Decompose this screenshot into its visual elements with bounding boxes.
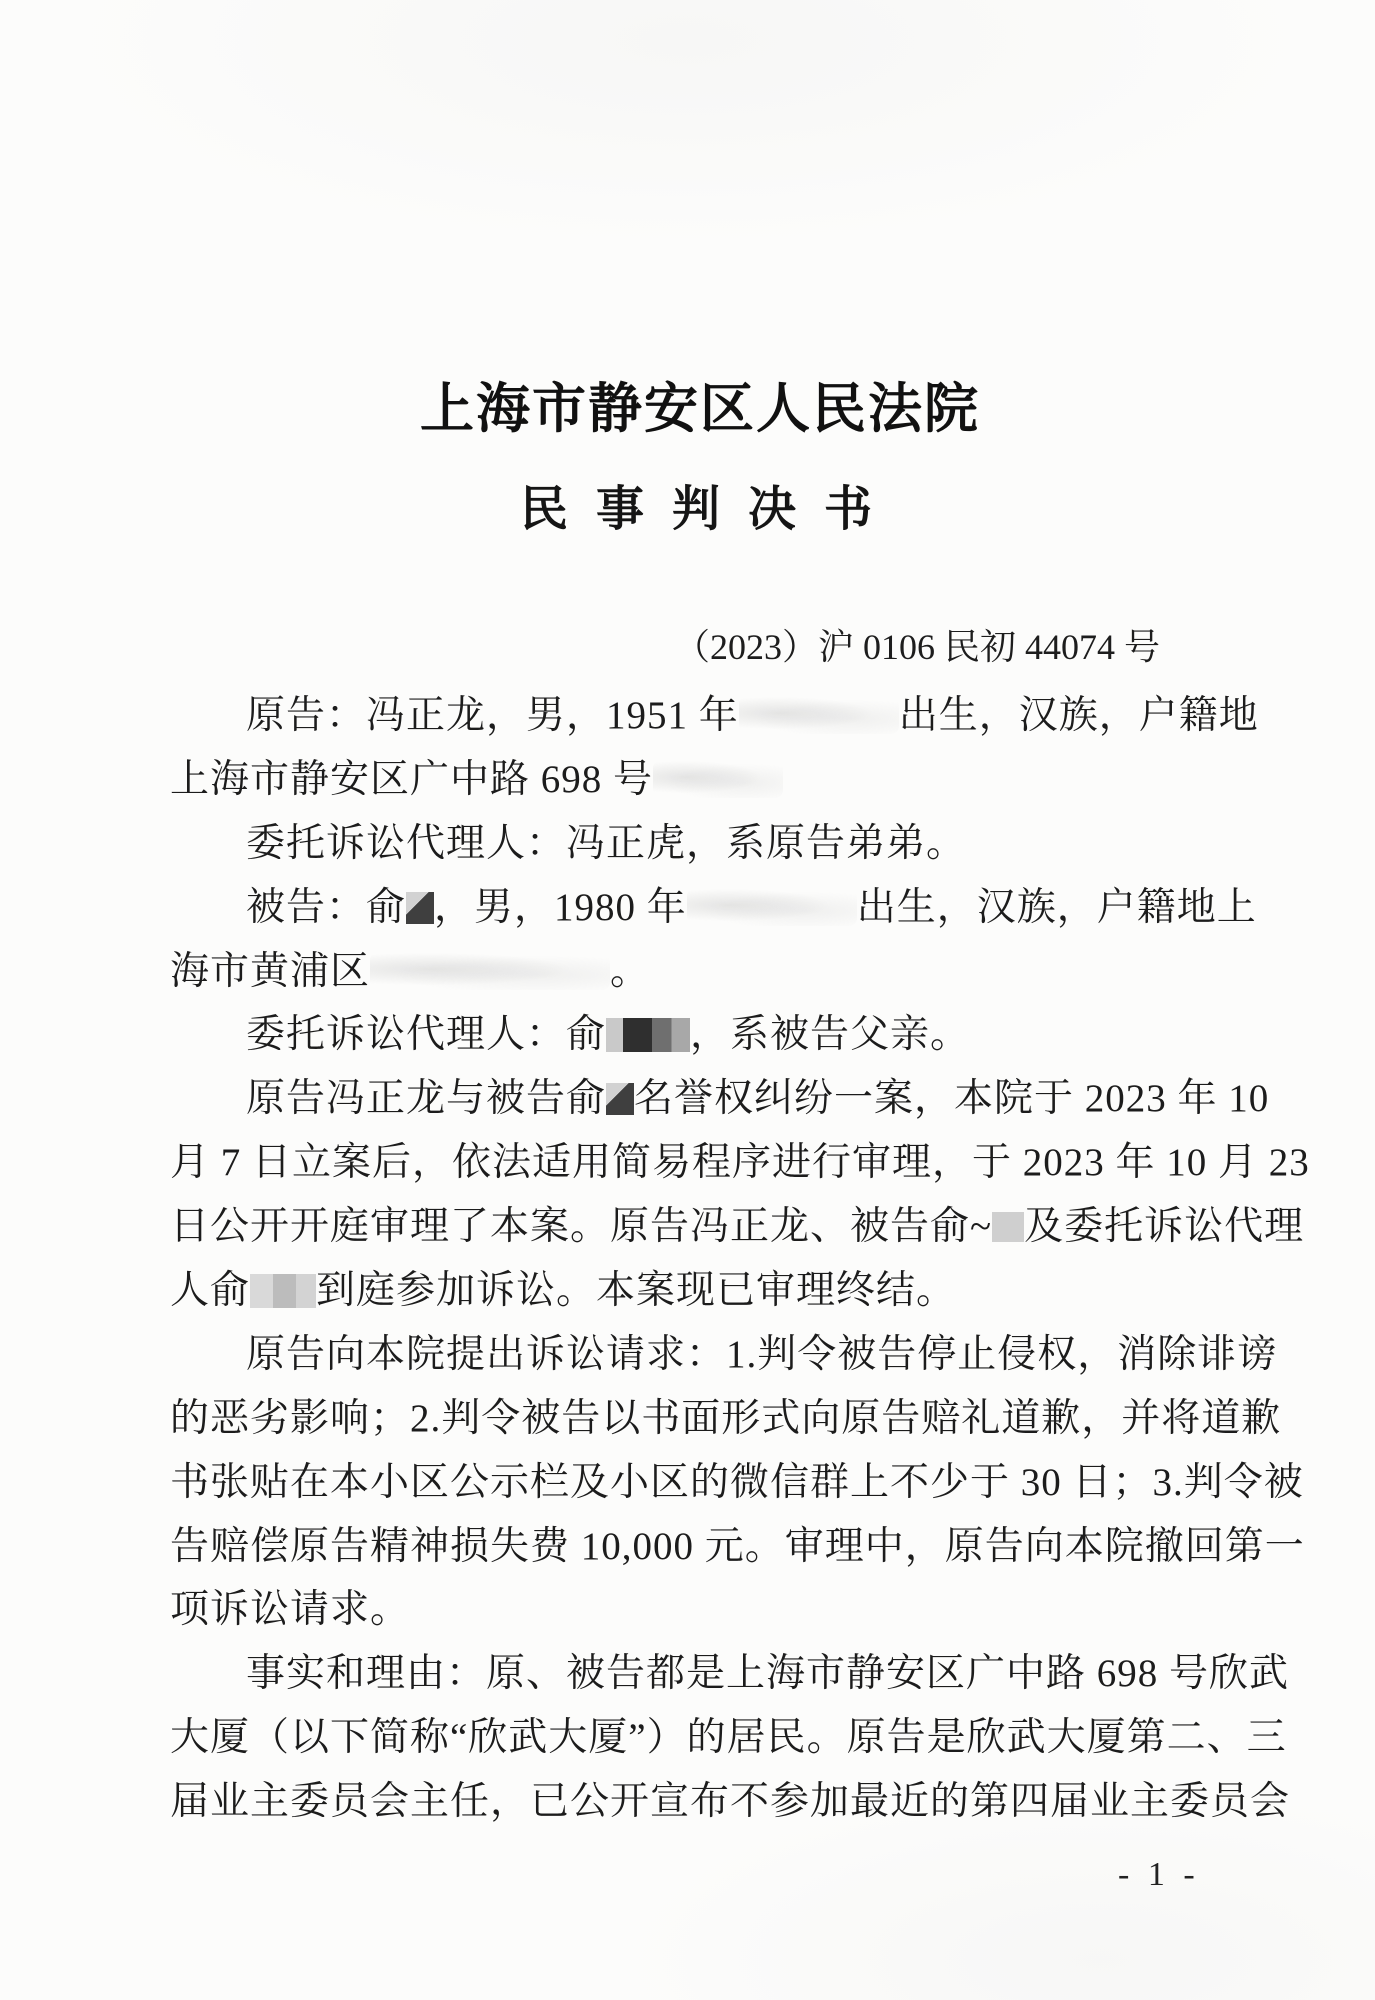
text-segment: 上海市静安区广中路 698 号 bbox=[170, 758, 653, 801]
court-name-title: 上海市静安区人民法院 bbox=[0, 380, 1375, 438]
document-type-title: 民 事 判 决 书 bbox=[0, 483, 1375, 537]
document-line: 告赔偿原告精神损失费 10,000 元。审理中，原告向本院撤回第一 bbox=[170, 1515, 1255, 1579]
text-segment: 告赔偿原告精神损失费 10,000 元。审理中，原告向本院撤回第一 bbox=[170, 1525, 1305, 1568]
page-number: - 1 - bbox=[1118, 1856, 1200, 1894]
text-segment: 海市黄浦区 bbox=[170, 950, 370, 993]
case-number: （2023）沪 0106 民初 44074 号 bbox=[170, 624, 1160, 670]
redaction-dark-mark bbox=[606, 1083, 634, 1115]
text-segment: 出生，汉族，户籍地 bbox=[899, 694, 1259, 737]
document-line: 被告：俞，男，1980 年出生，汉族，户籍地上 bbox=[170, 876, 1255, 940]
redaction-gray-mark bbox=[992, 1212, 1024, 1242]
text-segment: 月 7 日立案后，依法适用简易程序进行审理，于 2023 年 10 月 23 bbox=[170, 1141, 1310, 1184]
text-segment: 出生，汉族，户籍地上 bbox=[857, 886, 1257, 929]
text-segment: 届业主委员会主任，已公开宣布不参加最近的第四届业主委员会 bbox=[170, 1780, 1290, 1823]
text-segment: ，男，1980 年 bbox=[434, 886, 687, 929]
document-line: 届业主委员会主任，已公开宣布不参加最近的第四届业主委员会 bbox=[170, 1770, 1255, 1834]
text-segment: 事实和理由：原、被告都是上海市静安区广中路 698 号欣武 bbox=[246, 1652, 1289, 1695]
document-line: 原告冯正龙与被告俞名誉权纠纷一案，本院于 2023 年 10 bbox=[170, 1067, 1255, 1131]
text-segment: 大厦（以下简称“欣武大厦”）的居民。原告是欣武大厦第二、三 bbox=[170, 1716, 1287, 1759]
text-segment: 的恶劣影响；2.判令被告以书面形式向原告赔礼道歉，并将道歉 bbox=[170, 1397, 1281, 1440]
document-line: 大厦（以下简称“欣武大厦”）的居民。原告是欣武大厦第二、三 bbox=[170, 1706, 1255, 1770]
text-segment: 名誉权纠纷一案，本院于 2023 年 10 bbox=[634, 1077, 1269, 1120]
text-segment: 委托诉讼代理人：俞 bbox=[246, 1013, 606, 1056]
document-line: 人俞到庭参加诉讼。本案现已审理终结。 bbox=[170, 1259, 1255, 1323]
document-line: 事实和理由：原、被告都是上海市静安区广中路 698 号欣武 bbox=[170, 1642, 1255, 1706]
redaction-blur-mark bbox=[653, 760, 783, 798]
document-line: 书张贴在本小区公示栏及小区的微信群上不少于 30 日；3.判令被 bbox=[170, 1451, 1255, 1515]
text-segment: 人俞 bbox=[170, 1269, 250, 1312]
redaction-blur-mark bbox=[739, 696, 899, 734]
document-line: 的恶劣影响；2.判令被告以书面形式向原告赔礼道歉，并将道歉 bbox=[170, 1387, 1255, 1451]
redaction-blur-mark bbox=[370, 952, 610, 990]
text-segment: 原告向本院提出诉讼请求：1.判令被告停止侵权，消除诽谤 bbox=[246, 1333, 1277, 1376]
document-line: 原告：冯正龙，男，1951 年出生，汉族，户籍地 bbox=[170, 684, 1255, 748]
document-line: 日公开开庭审理了本案。原告冯正龙、被告俞~及委托诉讼代理 bbox=[170, 1195, 1255, 1259]
document-line: 委托诉讼代理人：俞，系被告父亲。 bbox=[170, 1003, 1255, 1067]
redaction-mosaic-mark bbox=[606, 1018, 690, 1052]
document-page: { "page": { "court_name": "上海市静安区人民法院", … bbox=[0, 0, 1375, 2000]
text-segment: 项诉讼请求。 bbox=[170, 1588, 410, 1631]
document-line: 海市黄浦区。 bbox=[170, 940, 1255, 1004]
text-segment: 。 bbox=[610, 950, 650, 993]
text-segment: 原告：冯正龙，男，1951 年 bbox=[246, 694, 739, 737]
text-segment: 被告：俞 bbox=[246, 886, 406, 929]
text-segment: 委托诉讼代理人：冯正虎，系原告弟弟。 bbox=[246, 822, 966, 865]
text-segment: 原告冯正龙与被告俞 bbox=[246, 1077, 606, 1120]
text-segment: 到庭参加诉讼。本案现已审理终结。 bbox=[316, 1269, 956, 1312]
document-body: 原告：冯正龙，男，1951 年出生，汉族，户籍地上海市静安区广中路 698 号委… bbox=[170, 684, 1255, 1834]
text-segment: 日公开开庭审理了本案。原告冯正龙、被告俞~ bbox=[170, 1205, 992, 1248]
document-line: 月 7 日立案后，依法适用简易程序进行审理，于 2023 年 10 月 23 bbox=[170, 1131, 1255, 1195]
document-line: 原告向本院提出诉讼请求：1.判令被告停止侵权，消除诽谤 bbox=[170, 1323, 1255, 1387]
redaction-mosaic_light-mark bbox=[250, 1274, 316, 1308]
text-segment: ，系被告父亲。 bbox=[690, 1013, 970, 1056]
redaction-blur-mark bbox=[687, 888, 857, 926]
redaction-dark-mark bbox=[406, 892, 434, 924]
document-line: 项诉讼请求。 bbox=[170, 1578, 1255, 1642]
text-segment: 及委托诉讼代理 bbox=[1024, 1205, 1304, 1248]
document-line: 委托诉讼代理人：冯正虎，系原告弟弟。 bbox=[170, 812, 1255, 876]
text-segment: 书张贴在本小区公示栏及小区的微信群上不少于 30 日；3.判令被 bbox=[170, 1461, 1304, 1504]
document-line: 上海市静安区广中路 698 号 bbox=[170, 748, 1255, 812]
